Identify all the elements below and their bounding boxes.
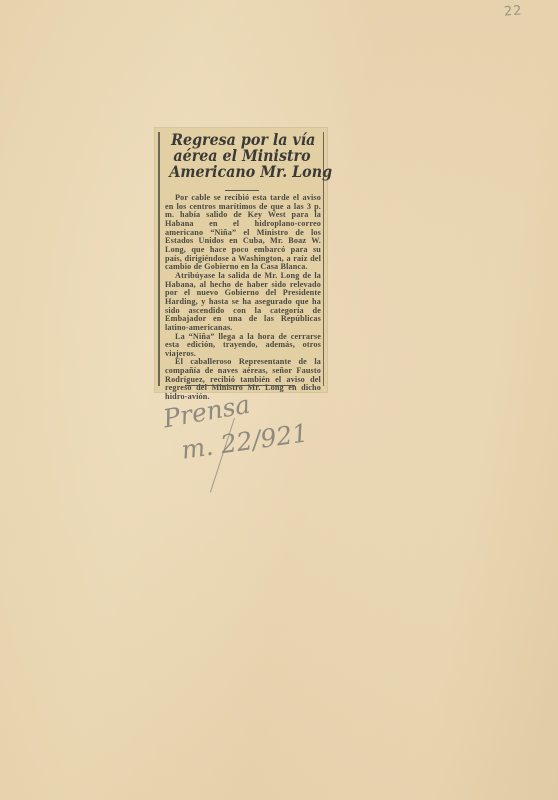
column-rule-left bbox=[158, 132, 160, 386]
article-paragraph: Atribúyase la salida de Mr. Long de la H… bbox=[165, 272, 321, 333]
headline-line: Americano Mr. Long bbox=[169, 164, 314, 180]
headline: Regresa por la vía aérea el Ministro Ame… bbox=[169, 132, 314, 180]
headline-divider bbox=[225, 190, 259, 191]
article-paragraph: Por cable se recibió esta tarde el aviso… bbox=[165, 194, 321, 272]
page-number: 22 bbox=[503, 3, 523, 19]
article-end-divider bbox=[185, 385, 295, 386]
newspaper-clipping: Regresa por la vía aérea el Ministro Ame… bbox=[155, 128, 327, 392]
article-paragraph: La “Niña” llega a la hora de cerrarse es… bbox=[165, 333, 321, 359]
article-body: Por cable se recibió esta tarde el aviso… bbox=[165, 194, 321, 402]
